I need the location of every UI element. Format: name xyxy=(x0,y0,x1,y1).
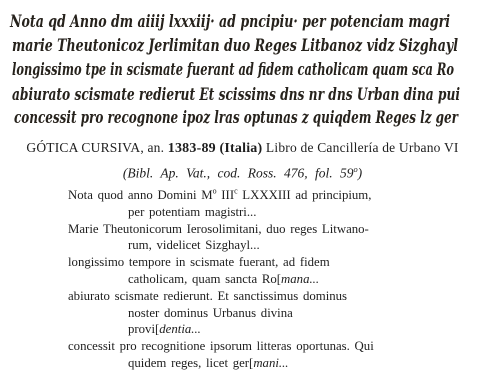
manuscript-line: concessit pro recognone ipoz lras optuna… xyxy=(14,108,459,128)
editorial-expansion: dentia... xyxy=(159,322,201,336)
caption-date-place: 1383-89 (Italia) xyxy=(168,141,263,156)
transcription-text: quidem reges, licet ger[ xyxy=(128,356,253,370)
transcription-text: LXXXIII ad principium, xyxy=(238,188,372,202)
transcription-line: concessit pro recognitione ipsorum litte… xyxy=(68,338,438,355)
transcription-text: rum, videlicet Sizghayl... xyxy=(128,238,260,252)
transcription-line: noster dominus Urbanus divina xyxy=(128,305,438,322)
transcription-text: Nota quod anno Domini M xyxy=(68,188,213,202)
transcription-text: provi[ xyxy=(128,322,159,336)
manuscript-line: abiurato scismate redierut Et scissims d… xyxy=(12,85,460,105)
transcription-text: per potentiam magistri... xyxy=(128,205,256,219)
manuscript-facsimile-image: Nota qd Anno dm aiiij lxxxiij· ad pncipi… xyxy=(0,0,485,133)
transcription-text: concessit pro recognitione ipsorum litte… xyxy=(68,339,374,353)
transcription-block: Nota quod anno Domini Mo IIIc LXXXIII ad… xyxy=(68,187,438,372)
transcription-line: quidem reges, licet ger[mani... xyxy=(128,355,438,372)
manuscript-line: marie Theutonicoz Jerlimitan duo Reges L… xyxy=(12,36,458,56)
caption-source-close: ) xyxy=(358,166,363,181)
editorial-expansion: mani... xyxy=(253,356,288,370)
manuscript-line: longissimo tpe in scismate fuerant ad fi… xyxy=(12,60,454,80)
transcription-text: noster dominus Urbanus divina xyxy=(128,306,293,320)
transcription-text: catholicam, quam sancta Ro[ xyxy=(128,272,281,286)
transcription-line: rum, videlicet Sizghayl... xyxy=(128,237,438,254)
transcription-text: abiurato scismate redierunt. Et sanctiss… xyxy=(68,289,347,303)
manuscript-line: Nota qd Anno dm aiiij lxxxiij· ad pncipi… xyxy=(9,12,450,32)
transcription-line: Marie Theutonicorum Ierosolimitani, duo … xyxy=(68,221,438,238)
caption-source-text: (Bibl. Ap. Vat., cod. Ross. 476, fol. 59 xyxy=(123,166,354,181)
caption-source-reference: (Bibl. Ap. Vat., cod. Ross. 476, fol. 59… xyxy=(0,159,485,184)
transcription-line: longissimo tempore in scismate fuerant, … xyxy=(68,254,438,271)
transcription-line: provi[dentia... xyxy=(128,321,438,338)
transcription-text: longissimo tempore in scismate fuerant, … xyxy=(68,255,330,269)
transcription-text: Marie Theutonicorum Ierosolimitani, duo … xyxy=(68,222,369,236)
transcription-line: abiurato scismate redierunt. Et sanctiss… xyxy=(68,288,438,305)
caption-document-title: Libro de Cancillería de Urbano VI xyxy=(262,140,458,155)
editorial-expansion: mana... xyxy=(281,272,319,286)
scanned-book-page: Nota qd Anno dm aiiij lxxxiij· ad pncipi… xyxy=(0,0,485,378)
transcription-line: per potentiam magistri... xyxy=(128,204,438,221)
caption-script-name: GÓTICA CURSIVA, an. xyxy=(26,140,167,155)
caption-title: GÓTICA CURSIVA, an. 1383-89 (Italia) Lib… xyxy=(0,138,485,159)
caption: GÓTICA CURSIVA, an. 1383-89 (Italia) Lib… xyxy=(0,138,485,184)
transcription-line: Nota quod anno Domini Mo IIIc LXXXIII ad… xyxy=(68,187,438,204)
transcription-line: catholicam, quam sancta Ro[mana... xyxy=(128,271,438,288)
transcription-text: III xyxy=(217,188,234,202)
